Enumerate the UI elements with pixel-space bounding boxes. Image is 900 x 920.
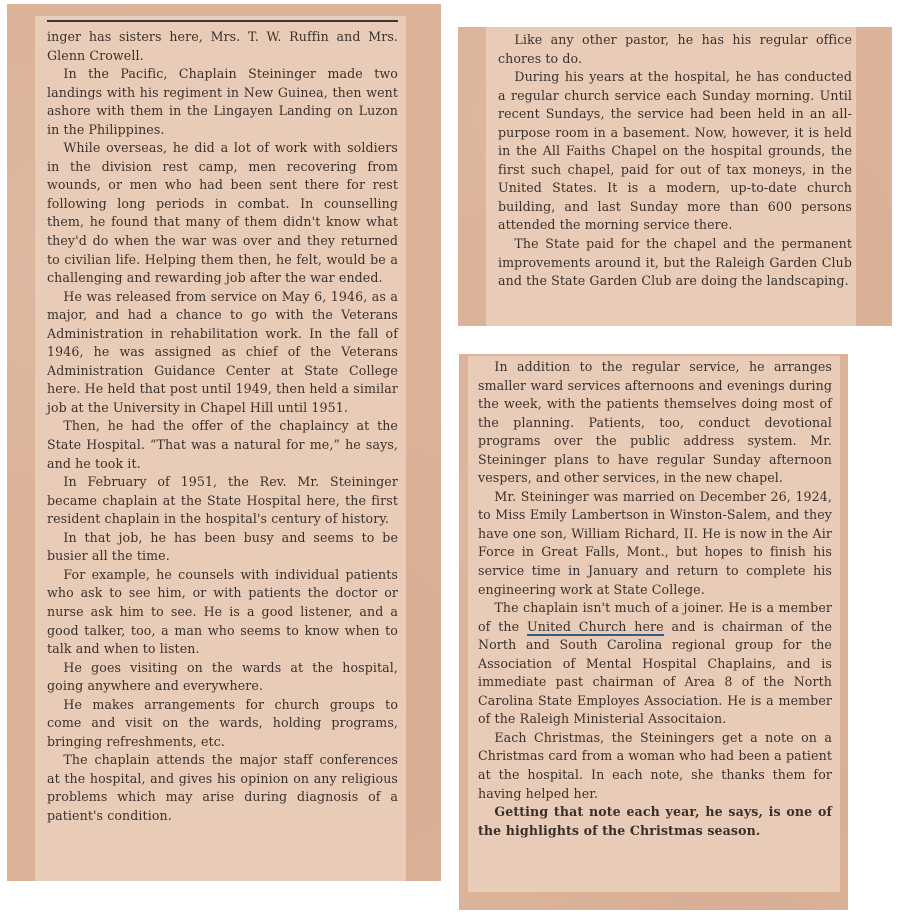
left-column-clipping: inger has sisters here, Mrs. T. W. Ruffi…: [35, 16, 406, 881]
paragraph: In February of 1951, the Rev. Mr. Steini…: [47, 473, 398, 529]
paragraph: inger has sisters here, Mrs. T. W. Ruffi…: [47, 28, 398, 65]
paragraph: Like any other pastor, he has his regula…: [498, 31, 852, 68]
paragraph: In that job, he has been busy and seems …: [47, 529, 398, 566]
paragraph-joiner: The chaplain isn't much of a joiner. He …: [478, 599, 832, 729]
paragraph: For example, he counsels with individual…: [47, 566, 398, 659]
top-right-column-clipping: Like any other pastor, he has his regula…: [486, 27, 856, 326]
paragraph: In the Pacific, Chaplain Steininger made…: [47, 65, 398, 139]
paragraph: He goes visiting on the wards at the hos…: [47, 659, 398, 696]
paragraph: He makes arrangements for church groups …: [47, 696, 398, 752]
paragraph: The chaplain attends the major staff con…: [47, 751, 398, 825]
paragraph: The State paid for the chapel and the pe…: [498, 235, 852, 291]
paragraph: In addition to the regular service, he a…: [478, 358, 832, 488]
paragraph: While overseas, he did a lot of work wit…: [47, 139, 398, 287]
paragraph: Then, he had the offer of the chaplaincy…: [47, 417, 398, 473]
paragraph: During his years at the hospital, he has…: [498, 68, 852, 235]
pen-underlined-text: United Church here: [527, 619, 664, 636]
paragraph: Mr. Steininger was married on December 2…: [478, 488, 832, 599]
closing-paragraph: Getting that note each year, he says, is…: [478, 803, 832, 840]
paragraph: He was released from service on May 6, 1…: [47, 288, 398, 418]
bottom-right-column-clipping: In addition to the regular service, he a…: [468, 356, 840, 892]
paragraph: Each Christmas, the Steiningers get a no…: [478, 729, 832, 803]
column-top-rule: [47, 20, 398, 22]
